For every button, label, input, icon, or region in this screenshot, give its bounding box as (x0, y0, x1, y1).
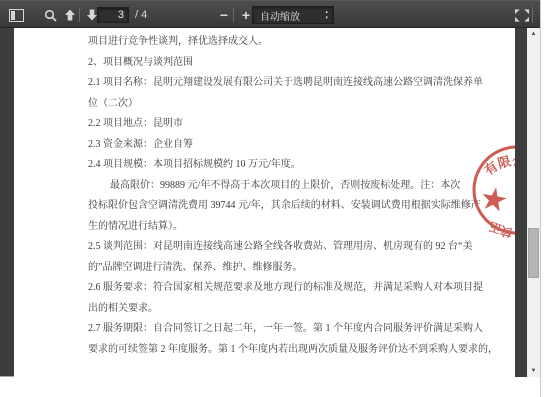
arrow-up-icon (64, 9, 76, 21)
scroll-up-button[interactable]: ▲ (527, 28, 540, 40)
star-icon: ★ (477, 179, 512, 219)
doc-line: 2.4 项目规模：本项目招标规模约 10 万元/年度。 (88, 155, 488, 176)
sidebar-toggle-button[interactable] (6, 5, 26, 25)
page-count-label: / 4 (135, 9, 147, 21)
doc-line: 2.1 项目名称：昆明元翔建设发展有限公司关于选聘昆明南连接线高速公路空调清洗保… (88, 73, 488, 94)
doc-line: 2.7 服务期限：自合同签订之日起二年，一年一签。第 1 个年度内合同服务评价满… (88, 319, 488, 340)
plus-icon: + (242, 8, 250, 22)
doc-line: 的”品牌空调进行清洗、保养、维护、维修服务。 (88, 258, 488, 279)
scrollbar-thumb[interactable] (528, 228, 539, 278)
pdf-viewer: / 4 − + 自动缩放 ▴ ▾ 项目进行竞争性谈判，择优选择成交人。 2 (0, 0, 554, 397)
doc-line: 项目进行竞争性谈判，择优选择成交人。 (88, 32, 488, 53)
chevron-updown-icon: ▴ ▾ (325, 9, 328, 21)
fullscreen-icon (515, 9, 529, 22)
doc-line: 2.2 项目地点：昆明市 (88, 114, 488, 135)
previous-page-button[interactable] (60, 5, 80, 25)
document-text: 项目进行竞争性谈判，择优选择成交人。 2、项目概况与谈判范围 2.1 项目名称：… (88, 32, 488, 360)
viewer-toolbar: / 4 − + 自动缩放 ▴ ▾ (0, 0, 540, 28)
zoom-mode-label: 自动缩放 (260, 8, 300, 23)
presentation-mode-button[interactable] (512, 5, 532, 25)
doc-line: 要求的可续签第 2 年度服务。第 1 个年度内若出现两次质量及服务评价达不到采购… (88, 340, 488, 361)
scroll-down-button[interactable]: ▼ (527, 365, 540, 377)
zoom-mode-select[interactable]: 自动缩放 ▴ ▾ (252, 6, 334, 24)
pdf-page: 项目进行竞争性谈判，择优选择成交人。 2、项目概况与谈判范围 2.1 项目名称：… (14, 28, 515, 377)
red-seal-stamp: 有限公 ★ 核正 (469, 142, 515, 238)
doc-line: 最高限价：99889 元/年不得高于本次项目的上限价，否则按废标处理。注：本次 (88, 176, 488, 197)
stamp-bottom-text: 核正 (487, 219, 515, 238)
doc-line: 投标限价包含空调清洗费用 39744 元/年，其余后续的材料、安装调试费用根据实… (88, 196, 488, 217)
scroll-down-icon: ▼ (531, 368, 537, 374)
viewer-right-border (540, 0, 541, 397)
vertical-scrollbar[interactable]: ▲ ▼ (527, 28, 540, 377)
viewer-gutter (515, 28, 527, 377)
page-number-input[interactable] (97, 7, 129, 23)
search-button[interactable] (40, 5, 60, 25)
zoom-out-button[interactable]: − (214, 5, 234, 25)
doc-line: 2.6 服务要求：符合国家相关规范要求及地方现行的标准及规范，并满足采购人对本项… (88, 278, 488, 299)
toolbar-divider (233, 8, 234, 22)
search-icon (44, 9, 57, 22)
doc-line: 2.3 资金来源：企业自筹 (88, 135, 488, 156)
doc-line: 2、项目概况与谈判范围 (88, 53, 488, 74)
doc-line: 2.5 谈判范围：对昆明南连接线高速公路全线各收费站、管理用房、机房现有的 92… (88, 237, 488, 258)
viewer-content: 项目进行竞争性谈判，择优选择成交人。 2、项目概况与谈判范围 2.1 项目名称：… (0, 28, 540, 377)
sidebar-icon (9, 9, 24, 22)
minus-icon: − (220, 8, 228, 22)
toolbar-divider (532, 7, 533, 23)
doc-line: 生的情况进行结算）。 (88, 217, 488, 238)
scroll-up-icon: ▲ (531, 31, 537, 37)
doc-line: 位（二次） (88, 94, 488, 115)
toolbar-divider (79, 8, 80, 22)
doc-line: 出的相关要求。 (88, 299, 488, 320)
